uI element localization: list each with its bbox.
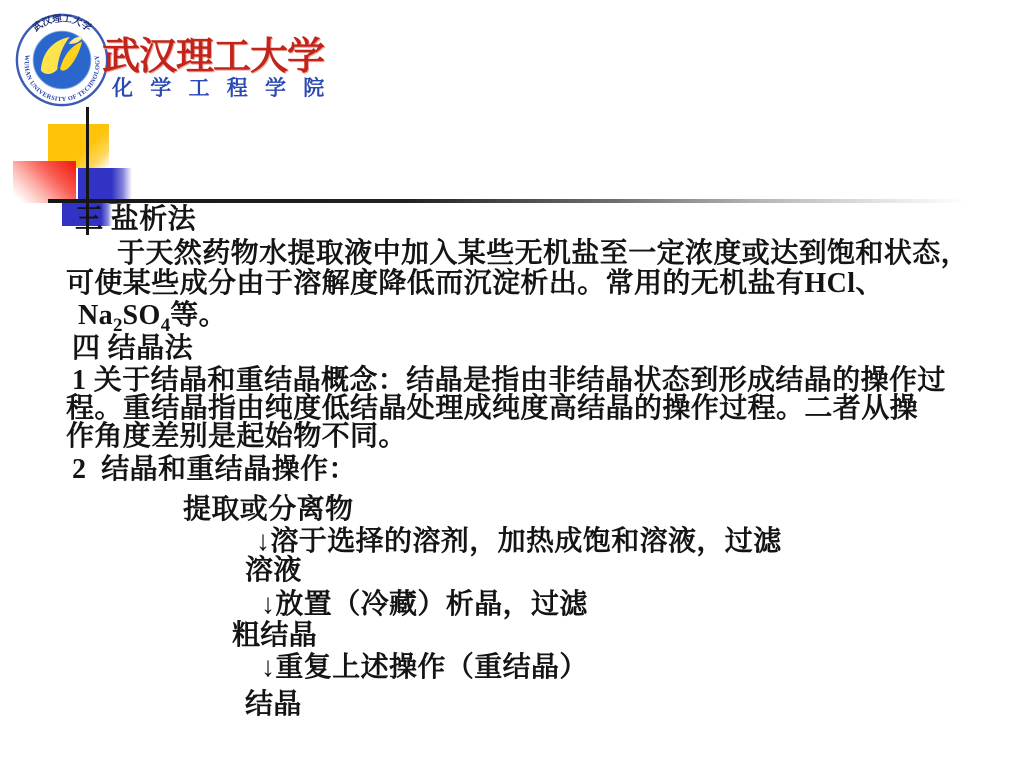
- school-subtitle: 化 学 工 程 学 院: [112, 72, 330, 102]
- salting-paragraph-line1: 于天然药物水提取液中加入某些无机盐至一定浓度或达到饱和状态，: [117, 239, 969, 269]
- flow-step-crude-crystal: 粗结晶: [232, 621, 317, 651]
- flow-arrow-settle: ↓放置（冷藏）析晶，过滤: [261, 590, 588, 620]
- crystal-concept-line3: 作角度差别是起始物不同。: [66, 422, 407, 452]
- flow-arrow-dissolve: ↓溶于选择的溶剂，加热成饱和溶液，过滤: [256, 527, 782, 557]
- emblem-seal-icon: 武汉理工大学 WUHAN UNIVERSITY OF TECHNOLOGY: [14, 12, 110, 108]
- formula-base2: SO: [123, 300, 161, 331]
- flow-step-solution: 溶液: [245, 556, 302, 586]
- salting-paragraph-line2: 可使某些成分由于溶解度降低而沉淀析出。常用的无机盐有HCl、: [66, 269, 884, 299]
- flow-step-extract: 提取或分离物: [183, 495, 353, 525]
- university-emblem: 武汉理工大学 WUHAN UNIVERSITY OF TECHNOLOGY: [14, 12, 110, 108]
- slide-heading-crystallization-method: 四 结晶法: [72, 334, 193, 364]
- flow-arrow-repeat: ↓重复上述操作（重结晶）: [261, 653, 588, 683]
- crystal-operation-heading: 2 结晶和重结晶操作：: [72, 455, 357, 485]
- formula-base1: Na: [78, 300, 113, 331]
- decor-red-square: [13, 161, 76, 203]
- formula-tail: 等。: [170, 300, 227, 331]
- slide-heading-salting-method: 三 盐析法: [75, 205, 196, 235]
- flow-step-crystal: 结晶: [245, 690, 302, 720]
- crystal-concept-line2: 程。重结晶指由纯度低结晶处理成纯度高结晶的操作过程。二者从操: [66, 394, 918, 424]
- decor-horizontal-rule: [48, 199, 995, 203]
- crystal-concept-line1: 1 关于结晶和重结晶概念：结晶是指由非结晶状态到形成结晶的操作过: [72, 366, 946, 396]
